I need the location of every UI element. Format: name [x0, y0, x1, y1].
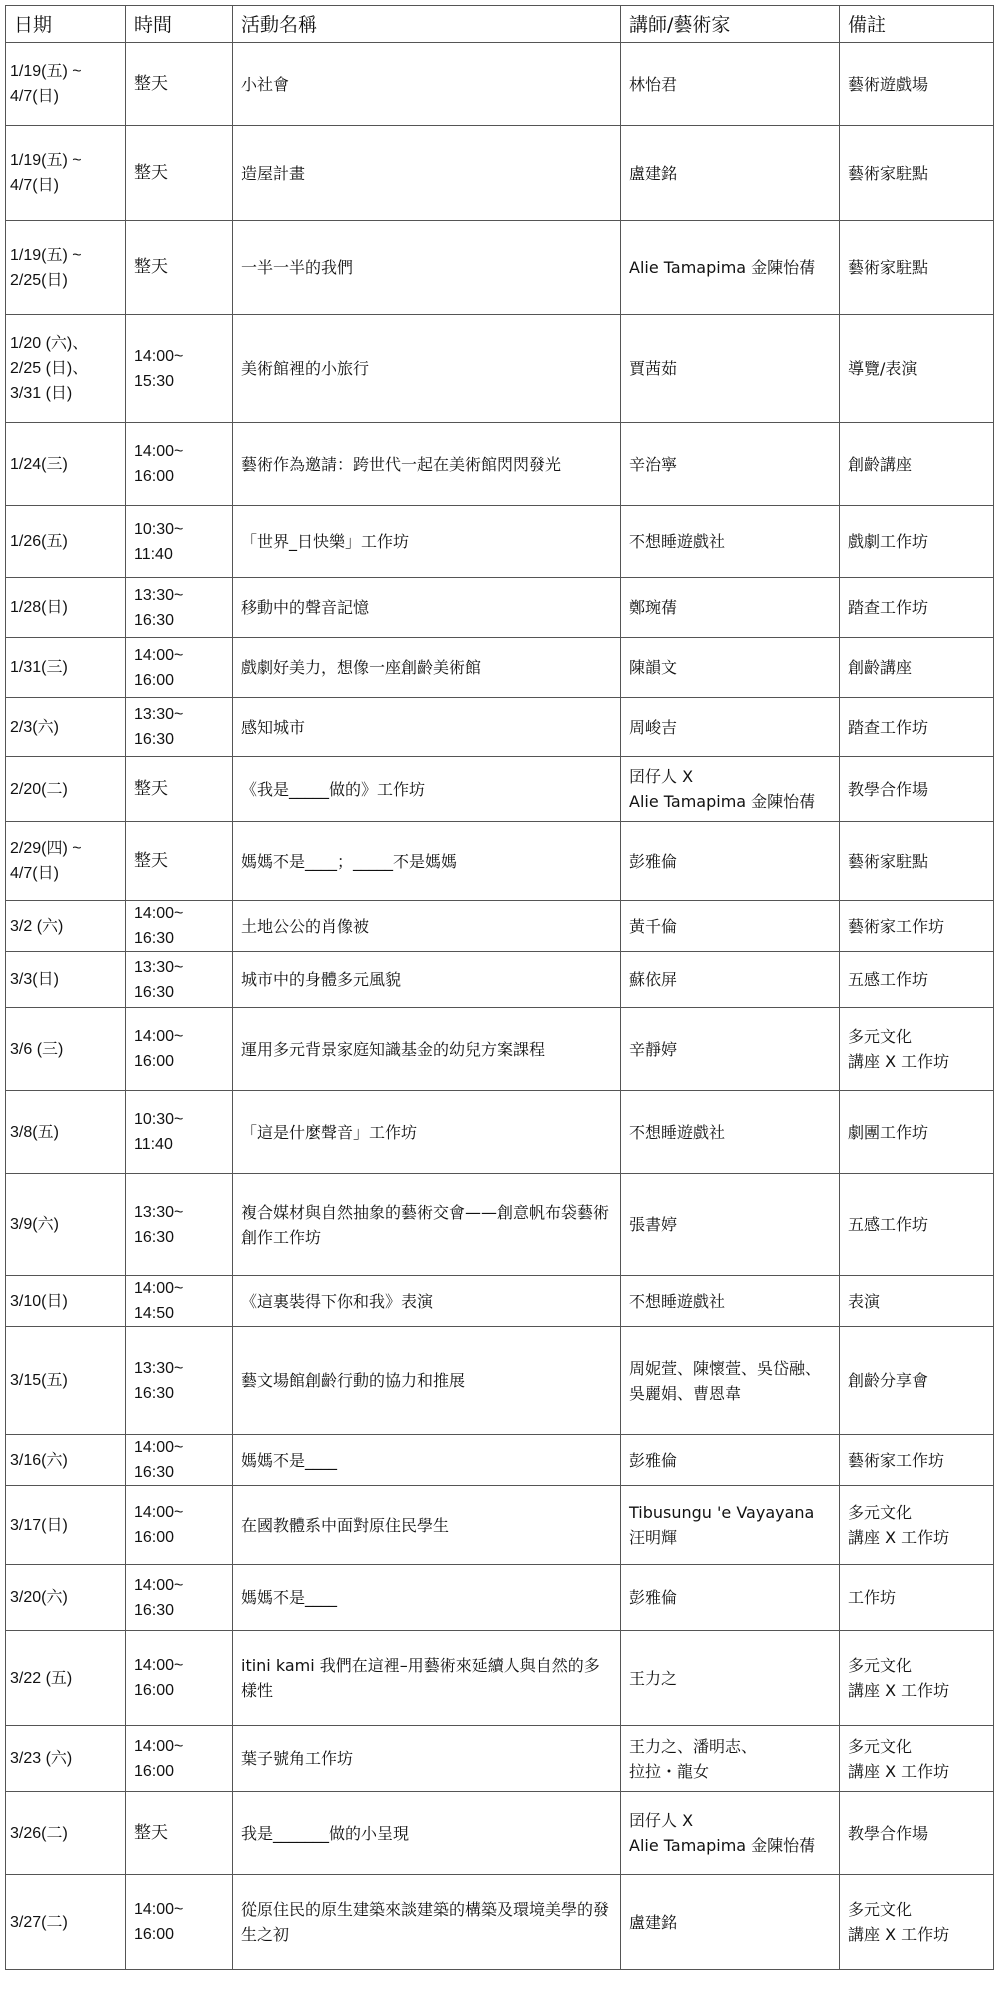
cell-time: 整天 — [126, 43, 233, 126]
table-row: 3/15(五)13:30~ 16:30藝文場館創齡行動的協力和推展周妮萱、陳懷萱… — [6, 1327, 994, 1435]
cell-time: 14:00~ 16:00 — [126, 1875, 233, 1970]
table-row: 1/31(三)14:00~ 16:00戲劇好美力，想像一座創齡美術館陳韻文創齡講… — [6, 638, 994, 698]
cell-time: 13:30~ 16:30 — [126, 698, 233, 757]
cell-activity: 在國教體系中面對原住民學生 — [233, 1486, 621, 1565]
cell-artist: Tibusungu 'e Vayayana 汪明輝 — [621, 1486, 840, 1565]
cell-time: 10:30~ 11:40 — [126, 506, 233, 578]
table-row: 1/26(五)10:30~ 11:40「世界_日快樂」工作坊不想睡遊戲社戲劇工作… — [6, 506, 994, 578]
table-row: 3/23 (六)14:00~ 16:00葉子號角工作坊王力之、潘明志、 拉拉・龍… — [6, 1726, 994, 1792]
cell-activity: 藝文場館創齡行動的協力和推展 — [233, 1327, 621, 1435]
cell-date: 1/19(五) ~ 2/25(日) — [6, 221, 126, 315]
cell-artist: 黃千倫 — [621, 901, 840, 952]
cell-activity: 感知城市 — [233, 698, 621, 757]
cell-note: 工作坊 — [840, 1565, 994, 1631]
cell-activity: 藝術作為邀請：跨世代一起在美術館閃閃發光 — [233, 423, 621, 506]
cell-note: 導覽/表演 — [840, 315, 994, 423]
cell-note: 多元文化 講座 X 工作坊 — [840, 1008, 994, 1091]
table-row: 3/17(日)14:00~ 16:00在國教體系中面對原住民學生Tibusung… — [6, 1486, 994, 1565]
cell-artist: 張書婷 — [621, 1174, 840, 1276]
table-row: 2/29(四) ~ 4/7(日)整天媽媽不是____；_____不是媽媽彭雅倫藝… — [6, 822, 994, 901]
cell-date: 3/26(二) — [6, 1792, 126, 1875]
event-schedule-table: 日期 時間 活動名稱 講師/藝術家 備註 1/19(五) ~ 4/7(日)整天小… — [5, 5, 994, 1970]
cell-time: 14:00~ 14:50 — [126, 1276, 233, 1327]
cell-date: 3/8(五) — [6, 1091, 126, 1174]
cell-note: 多元文化 講座 X 工作坊 — [840, 1875, 994, 1970]
cell-note: 創齡講座 — [840, 638, 994, 698]
cell-activity: 從原住民的原生建築來談建築的構築及環境美學的發生之初 — [233, 1875, 621, 1970]
cell-activity: 一半一半的我們 — [233, 221, 621, 315]
cell-note: 踏查工作坊 — [840, 578, 994, 638]
cell-artist: 辛治寧 — [621, 423, 840, 506]
table-row: 3/10(日)14:00~ 14:50《這裏裝得下你和我》表演不想睡遊戲社表演 — [6, 1276, 994, 1327]
cell-artist: 彭雅倫 — [621, 1565, 840, 1631]
cell-date: 1/31(三) — [6, 638, 126, 698]
cell-activity: 《這裏裝得下你和我》表演 — [233, 1276, 621, 1327]
cell-artist: 囝仔人 X Alie Tamapima 金陳怡蒨 — [621, 1792, 840, 1875]
table-row: 1/19(五) ~ 2/25(日)整天一半一半的我們Alie Tamapima … — [6, 221, 994, 315]
cell-note: 藝術遊戲場 — [840, 43, 994, 126]
table-row: 2/3(六)13:30~ 16:30感知城市周峻吉踏查工作坊 — [6, 698, 994, 757]
cell-activity: 複合媒材與自然抽象的藝術交會——創意帆布袋藝術創作工作坊 — [233, 1174, 621, 1276]
cell-date: 1/20 (六)、 2/25 (日)、 3/31 (日) — [6, 315, 126, 423]
table-row: 1/28(日)13:30~ 16:30移動中的聲音記憶鄭琬蒨踏查工作坊 — [6, 578, 994, 638]
cell-activity: 運用多元背景家庭知識基金的幼兒方案課程 — [233, 1008, 621, 1091]
cell-activity: itini kami 我們在這裡–用藝術來延續人與自然的多樣性 — [233, 1631, 621, 1726]
cell-date: 3/23 (六) — [6, 1726, 126, 1792]
table-row: 3/3(日)13:30~ 16:30城市中的身體多元風貌蘇依屏五感工作坊 — [6, 952, 994, 1008]
header-time: 時間 — [126, 6, 233, 43]
cell-note: 藝術家工作坊 — [840, 1435, 994, 1486]
cell-date: 1/24(三) — [6, 423, 126, 506]
cell-date: 3/15(五) — [6, 1327, 126, 1435]
cell-activity: 媽媽不是____ — [233, 1565, 621, 1631]
cell-date: 3/10(日) — [6, 1276, 126, 1327]
table-row: 1/20 (六)、 2/25 (日)、 3/31 (日)14:00~ 15:30… — [6, 315, 994, 423]
cell-time: 14:00~ 16:00 — [126, 1486, 233, 1565]
cell-note: 創齡講座 — [840, 423, 994, 506]
cell-note: 表演 — [840, 1276, 994, 1327]
cell-time: 14:00~ 16:00 — [126, 1631, 233, 1726]
cell-activity: 「這是什麼聲音」工作坊 — [233, 1091, 621, 1174]
cell-date: 3/9(六) — [6, 1174, 126, 1276]
cell-time: 14:00~ 16:00 — [126, 1008, 233, 1091]
cell-artist: 囝仔人 X Alie Tamapima 金陳怡蒨 — [621, 757, 840, 822]
table-row: 3/22 (五)14:00~ 16:00itini kami 我們在這裡–用藝術… — [6, 1631, 994, 1726]
cell-artist: 盧建銘 — [621, 1875, 840, 1970]
cell-date: 3/2 (六) — [6, 901, 126, 952]
cell-activity: 葉子號角工作坊 — [233, 1726, 621, 1792]
table-row: 1/19(五) ~ 4/7(日)整天造屋計畫盧建銘藝術家駐點 — [6, 126, 994, 221]
cell-artist: 不想睡遊戲社 — [621, 1091, 840, 1174]
table-row: 3/20(六)14:00~ 16:30媽媽不是____彭雅倫工作坊 — [6, 1565, 994, 1631]
cell-date: 3/27(二) — [6, 1875, 126, 1970]
table-row: 3/6 (三)14:00~ 16:00運用多元背景家庭知識基金的幼兒方案課程辛靜… — [6, 1008, 994, 1091]
cell-note: 戲劇工作坊 — [840, 506, 994, 578]
cell-date: 3/16(六) — [6, 1435, 126, 1486]
cell-time: 10:30~ 11:40 — [126, 1091, 233, 1174]
cell-activity: 美術館裡的小旅行 — [233, 315, 621, 423]
cell-note: 藝術家駐點 — [840, 221, 994, 315]
cell-artist: 辛靜婷 — [621, 1008, 840, 1091]
cell-time: 14:00~ 15:30 — [126, 315, 233, 423]
cell-artist: 賈茜茹 — [621, 315, 840, 423]
cell-artist: 蘇依屏 — [621, 952, 840, 1008]
cell-time: 13:30~ 16:30 — [126, 1327, 233, 1435]
cell-date: 3/6 (三) — [6, 1008, 126, 1091]
cell-note: 五感工作坊 — [840, 952, 994, 1008]
cell-artist: 不想睡遊戲社 — [621, 1276, 840, 1327]
cell-activity: 媽媽不是____ — [233, 1435, 621, 1486]
cell-date: 3/20(六) — [6, 1565, 126, 1631]
table-row: 3/16(六)14:00~ 16:30媽媽不是____彭雅倫藝術家工作坊 — [6, 1435, 994, 1486]
cell-time: 14:00~ 16:30 — [126, 1565, 233, 1631]
cell-time: 14:00~ 16:00 — [126, 423, 233, 506]
cell-activity: 城市中的身體多元風貌 — [233, 952, 621, 1008]
cell-activity: 造屋計畫 — [233, 126, 621, 221]
table-row: 1/19(五) ~ 4/7(日)整天小社會林怡君藝術遊戲場 — [6, 43, 994, 126]
table-row: 3/9(六)13:30~ 16:30複合媒材與自然抽象的藝術交會——創意帆布袋藝… — [6, 1174, 994, 1276]
cell-artist: 陳韻文 — [621, 638, 840, 698]
table-row: 3/27(二)14:00~ 16:00從原住民的原生建築來談建築的構築及環境美學… — [6, 1875, 994, 1970]
cell-time: 14:00~ 16:30 — [126, 901, 233, 952]
cell-time: 整天 — [126, 126, 233, 221]
cell-note: 多元文化 講座 X 工作坊 — [840, 1486, 994, 1565]
cell-date: 2/20(二) — [6, 757, 126, 822]
cell-note: 多元文化 講座 X 工作坊 — [840, 1726, 994, 1792]
cell-activity: 戲劇好美力，想像一座創齡美術館 — [233, 638, 621, 698]
cell-date: 3/17(日) — [6, 1486, 126, 1565]
cell-note: 教學合作場 — [840, 1792, 994, 1875]
cell-time: 13:30~ 16:30 — [126, 952, 233, 1008]
table-row: 3/8(五)10:30~ 11:40「這是什麼聲音」工作坊不想睡遊戲社劇團工作坊 — [6, 1091, 994, 1174]
cell-time: 14:00~ 16:30 — [126, 1435, 233, 1486]
cell-date: 1/19(五) ~ 4/7(日) — [6, 126, 126, 221]
cell-date: 1/26(五) — [6, 506, 126, 578]
cell-date: 3/22 (五) — [6, 1631, 126, 1726]
cell-note: 劇團工作坊 — [840, 1091, 994, 1174]
cell-time: 13:30~ 16:30 — [126, 578, 233, 638]
cell-time: 整天 — [126, 822, 233, 901]
cell-time: 整天 — [126, 221, 233, 315]
cell-note: 多元文化 講座 X 工作坊 — [840, 1631, 994, 1726]
header-note: 備註 — [840, 6, 994, 43]
cell-date: 1/28(日) — [6, 578, 126, 638]
cell-artist: 王力之 — [621, 1631, 840, 1726]
table-row: 2/20(二)整天《我是_____做的》工作坊囝仔人 X Alie Tamapi… — [6, 757, 994, 822]
table-row: 1/24(三)14:00~ 16:00藝術作為邀請：跨世代一起在美術館閃閃發光辛… — [6, 423, 994, 506]
cell-artist: 盧建銘 — [621, 126, 840, 221]
cell-time: 整天 — [126, 1792, 233, 1875]
cell-activity: 《我是_____做的》工作坊 — [233, 757, 621, 822]
cell-activity: 移動中的聲音記憶 — [233, 578, 621, 638]
cell-artist: 王力之、潘明志、 拉拉・龍女 — [621, 1726, 840, 1792]
cell-note: 藝術家駐點 — [840, 822, 994, 901]
cell-artist: 鄭琬蒨 — [621, 578, 840, 638]
cell-date: 3/3(日) — [6, 952, 126, 1008]
cell-note: 教學合作場 — [840, 757, 994, 822]
cell-note: 藝術家工作坊 — [840, 901, 994, 952]
table-row: 3/2 (六)14:00~ 16:30土地公公的肖像被黃千倫藝術家工作坊 — [6, 901, 994, 952]
cell-artist: 林怡君 — [621, 43, 840, 126]
cell-activity: 土地公公的肖像被 — [233, 901, 621, 952]
cell-time: 13:30~ 16:30 — [126, 1174, 233, 1276]
cell-time: 整天 — [126, 757, 233, 822]
cell-time: 14:00~ 16:00 — [126, 638, 233, 698]
cell-activity: 我是_______做的小呈現 — [233, 1792, 621, 1875]
cell-note: 藝術家駐點 — [840, 126, 994, 221]
header-date: 日期 — [6, 6, 126, 43]
cell-date: 2/3(六) — [6, 698, 126, 757]
header-artist: 講師/藝術家 — [621, 6, 840, 43]
cell-artist: 彭雅倫 — [621, 822, 840, 901]
cell-activity: 小社會 — [233, 43, 621, 126]
cell-artist: 周峻吉 — [621, 698, 840, 757]
cell-time: 14:00~ 16:00 — [126, 1726, 233, 1792]
cell-artist: 周妮萱、陳懷萱、吳岱融、吳麗娟、曹恩韋 — [621, 1327, 840, 1435]
cell-artist: 彭雅倫 — [621, 1435, 840, 1486]
cell-date: 2/29(四) ~ 4/7(日) — [6, 822, 126, 901]
cell-note: 創齡分享會 — [840, 1327, 994, 1435]
cell-artist: Alie Tamapima 金陳怡蒨 — [621, 221, 840, 315]
table-row: 3/26(二)整天我是_______做的小呈現囝仔人 X Alie Tamapi… — [6, 1792, 994, 1875]
cell-note: 踏查工作坊 — [840, 698, 994, 757]
cell-activity: 媽媽不是____；_____不是媽媽 — [233, 822, 621, 901]
table-header-row: 日期 時間 活動名稱 講師/藝術家 備註 — [6, 6, 994, 43]
header-activity: 活動名稱 — [233, 6, 621, 43]
cell-date: 1/19(五) ~ 4/7(日) — [6, 43, 126, 126]
cell-note: 五感工作坊 — [840, 1174, 994, 1276]
cell-activity: 「世界_日快樂」工作坊 — [233, 506, 621, 578]
cell-artist: 不想睡遊戲社 — [621, 506, 840, 578]
